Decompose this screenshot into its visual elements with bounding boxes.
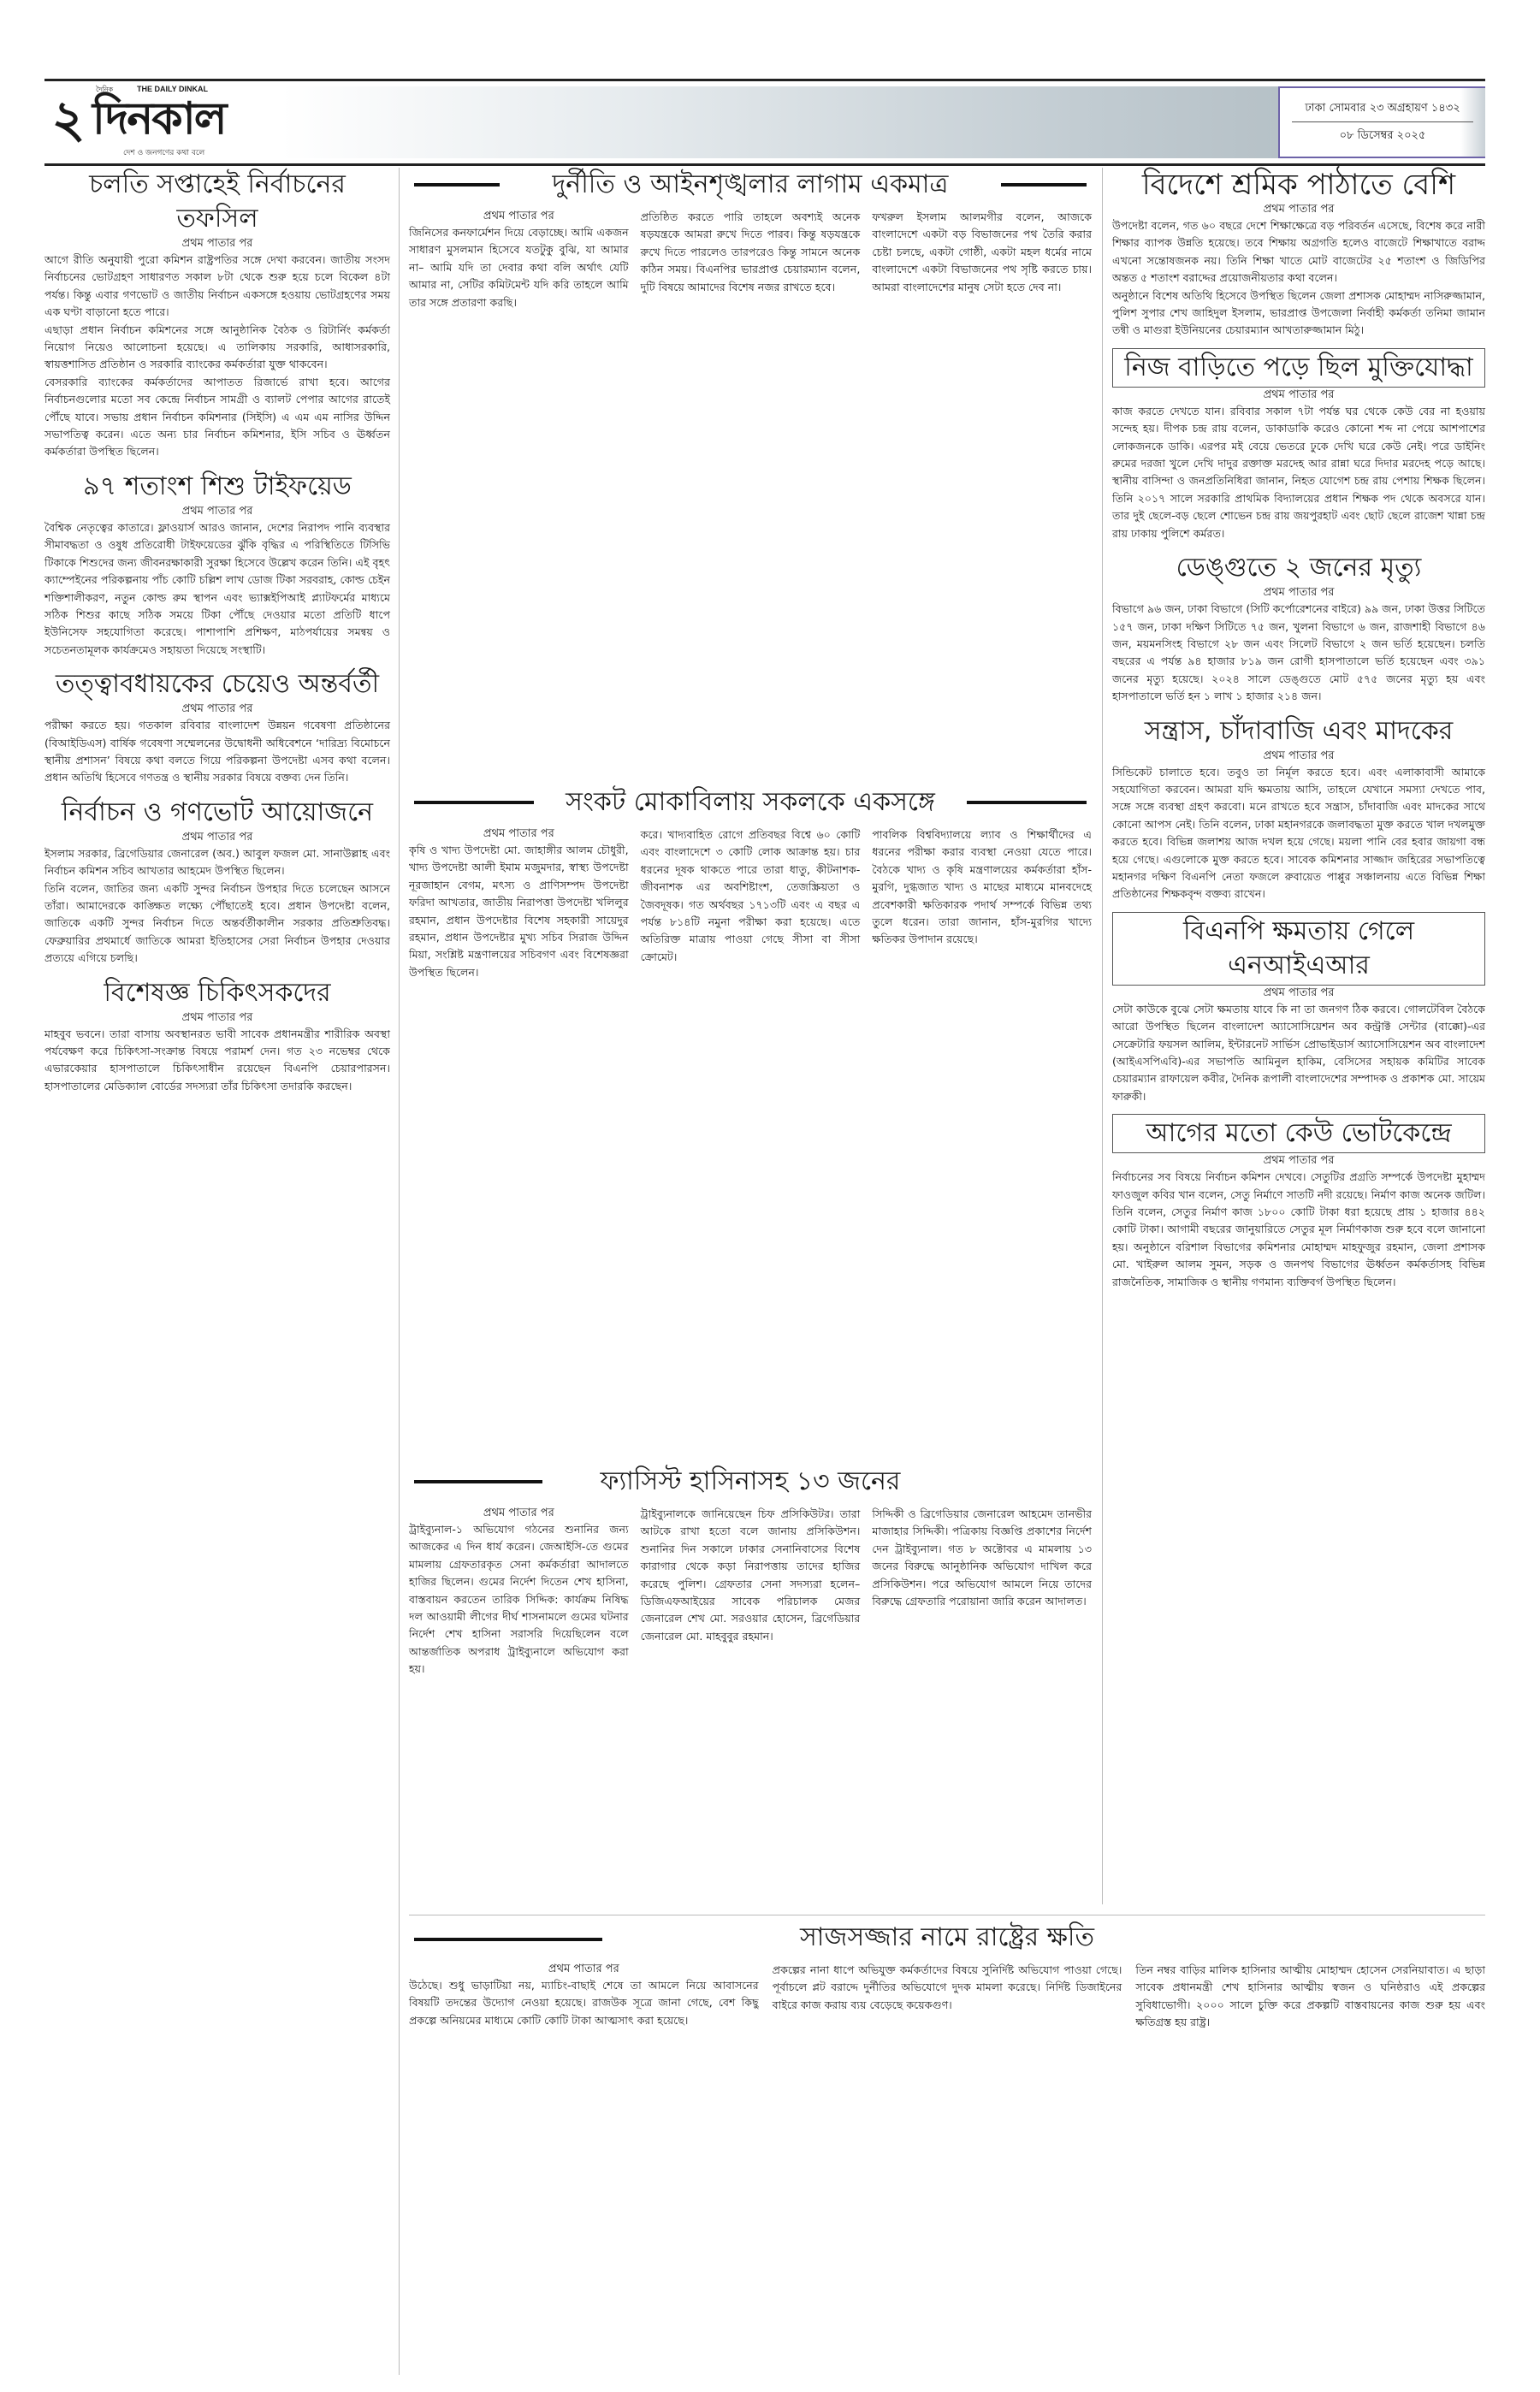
headline[interactable]: ফ্যাসিস্ট হাসিনাসহ ১৩ জনের (571, 1465, 930, 1499)
continued-label: প্রথম পাতার পর (409, 1962, 759, 1977)
masthead-gradient-bar (281, 86, 1278, 158)
continued-label: প্রথম পাতার পর (44, 236, 390, 252)
left-column: চলতি সপ্তাহেই নির্বাচনের তফসিল প্রথম পাত… (44, 168, 390, 1095)
article-paragraph: মাহবুব ভবনে। তারা বাসায় অবস্থানরত ভাবী … (44, 1026, 390, 1096)
article-paragraph: ট্রাইব্যুনালকে জানিয়েছেন চিফ প্রসিকিউটর… (641, 1506, 861, 1645)
continued-label: প্রথম পাতার পর (44, 1010, 390, 1026)
article-paragraph: সিদ্দিকী ও ব্রিগেডিয়ার জেনারেল আহমেদ তা… (872, 1506, 1092, 1610)
continued-label: প্রথম পাতার পর (44, 702, 390, 717)
article-paragraph: বেসরকারি ব্যাংকের কর্মকর্তাদের আপাতত রিজ… (44, 374, 390, 461)
article-column: ফখরুল ইসলাম আলমগীর বলেন, আজকে বাংলাদেশে … (872, 209, 1092, 311)
date-box: ঢাকা সোমবার ২৩ অগ্রহায়ণ ১৪৩২ ০৮ ডিসেম্ব… (1278, 86, 1485, 158)
english-name: THE DAILY DINKAL (137, 85, 208, 93)
headline[interactable]: নিজ বাড়িতে পড়ে ছিল মুক্তিযোদ্ধা (1112, 348, 1485, 388)
article-paragraph: কৃষি ও খাদ্য উপদেষ্টা মো. জাহাঙ্গীর আলম … (409, 842, 629, 981)
continued-label: প্রথম পাতার পর (44, 504, 390, 519)
continued-label: প্রথম পাতার পর (409, 209, 629, 224)
headline[interactable]: বিশেষজ্ঞ চিকিৎসকদের (44, 976, 390, 1010)
column-divider (1102, 168, 1103, 1904)
headline[interactable]: আগের মতো কেউ ভোটকেন্দ্রে (1112, 1114, 1485, 1153)
continued-label: প্রথম পাতার পর (409, 826, 629, 842)
headline[interactable]: ডেঙ্গুতে ২ জনের মৃত্যু (1112, 551, 1485, 585)
continued-label: প্রথম পাতার পর (44, 830, 390, 845)
article-column: ট্রাইব্যুনালকে জানিয়েছেন চিফ প্রসিকিউটর… (641, 1506, 861, 1679)
article-typhoid[interactable]: ৯৭ শতাংশ শিশু টাইফয়েড প্রথম পাতার পর বৈ… (44, 470, 390, 659)
article-election-schedule[interactable]: চলতি সপ্তাহেই নির্বাচনের তফসিল প্রথম পাত… (44, 168, 390, 461)
article-column: প্রকল্পের নানা ধাপে অভিযুক্ত কর্মকর্তাদে… (773, 1962, 1122, 2032)
article-freedom-fighter[interactable]: নিজ বাড়িতে পড়ে ছিল মুক্তিযোদ্ধা প্রথম … (1112, 348, 1485, 542)
continued-label: প্রথম পাতার পর (409, 1506, 629, 1521)
article-decoration[interactable]: সাজসজ্জার নামে রাষ্ট্রের ক্ষতি প্রথম পাত… (409, 1915, 1485, 2032)
continued-label: প্রথম পাতার পর (1112, 585, 1485, 601)
article-vote-center[interactable]: আগের মতো কেউ ভোটকেন্দ্রে প্রথম পাতার পর … (1112, 1114, 1485, 1291)
article-paragraph: পরীক্ষা করতে হয়। গতকাল রবিবার বাংলাদেশ … (44, 717, 390, 787)
article-paragraph: জিনিসের কনফার্মেশন দিয়ে বেড়াচ্ছে। আমি … (409, 224, 629, 311)
article-paragraph: তিন নম্বর বাড়ির মালিক হাসিনার আত্মীয় ম… (1135, 1962, 1485, 2032)
article-column: পাবলিক বিশ্ববিদ্যালয়ে ল্যাব ও শিক্ষার্থ… (872, 826, 1092, 981)
article-paragraph: অনুষ্ঠানে বিশেষ অতিথি হিসেবে উপস্থিত ছিল… (1112, 287, 1485, 340)
masthead: ২ দৈনিক THE DAILY DINKAL দিনকাল দেশ ও জন… (44, 79, 1485, 166)
article-column: প্রথম পাতার পর উঠেছে। শুধু ভাড়াটিয়া নয… (409, 1962, 759, 2032)
article-paragraph: আগে রীতি অনুযায়ী পুরো কমিশন রাষ্ট্রপতির… (44, 252, 390, 322)
article-crisis[interactable]: সংকট মোকাবিলায় সকলকে একসঙ্গে প্রথম পাতা… (409, 785, 1092, 981)
article-paragraph: নির্বাচনের সব বিষয়ে নির্বাচন কমিশন দেখব… (1112, 1169, 1485, 1291)
headline[interactable]: বিএনপি ক্ষমতায় গেলে এনআইএআর (1112, 912, 1485, 986)
article-bnp-nia[interactable]: বিএনপি ক্ষমতায় গেলে এনআইএআর প্রথম পাতার… (1112, 912, 1485, 1105)
headline-rule (1001, 183, 1087, 187)
article-paragraph: বৈশ্বিক নেতৃত্বের কাতারে। ফ্লাওয়ার্স আর… (44, 519, 390, 659)
date-gregorian: ০৮ ডিসেম্বর ২০২৫ (1340, 122, 1426, 151)
article-specialist-doctors[interactable]: বিশেষজ্ঞ চিকিৎসকদের প্রথম পাতার পর মাহবু… (44, 976, 390, 1096)
article-column: সিদ্দিকী ও ব্রিগেডিয়ার জেনারেল আহমেদ তা… (872, 1506, 1092, 1679)
article-corruption[interactable]: দুর্নীতি ও আইনশৃঙ্খলার লাগাম একমাত্র প্র… (409, 168, 1092, 311)
date-bangla: ঢাকা সোমবার ২৩ অগ্রহায়ণ ১৪৩২ (1292, 95, 1474, 122)
article-column: তিন নম্বর বাড়ির মালিক হাসিনার আত্মীয় ম… (1135, 1962, 1485, 2032)
article-paragraph: প্রতিষ্ঠিত করতে পারি তাহলে অবশ্যই অনেক ষ… (641, 209, 861, 296)
column-divider (399, 168, 400, 2375)
article-paragraph: এছাড়া প্রধান নির্বাচন কমিশনের সঙ্গে আনু… (44, 322, 390, 374)
article-workers-abroad[interactable]: বিদেশে শ্রমিক পাঠাতে বেশি প্রথম পাতার পর… (1112, 168, 1485, 340)
headline[interactable]: সংকট মোকাবিলায় সকলকে একসঙ্গে (545, 785, 956, 820)
headline[interactable]: সাজসজ্জার নামে রাষ্ট্রের ক্ষতি (767, 1921, 1127, 1955)
headline-rule (414, 1480, 542, 1483)
headline[interactable]: নির্বাচন ও গণভোট আয়োজনে (44, 796, 390, 830)
newspaper-page: ২ দৈনিক THE DAILY DINKAL দিনকাল দেশ ও জন… (44, 79, 1485, 166)
article-paragraph: সেটা কাউকে বুঝে সেটা ক্ষমতায় যাবে কি না… (1112, 1001, 1485, 1105)
article-paragraph: তিনি বলেন, জাতির জন্য একটি সুন্দর নির্বা… (44, 880, 390, 968)
headline[interactable]: তত্ত্বাবধায়কের চেয়েও অন্তর্বর্তী (44, 667, 390, 702)
headline[interactable]: সন্ত্রাস, চাঁদাবাজি এবং মাদকের (1112, 714, 1485, 749)
article-dengue[interactable]: ডেঙ্গুতে ২ জনের মৃত্যু প্রথম পাতার পর বি… (1112, 551, 1485, 705)
article-column: প্রথম পাতার পর কৃষি ও খাদ্য উপদেষ্টা মো.… (409, 826, 629, 981)
headline[interactable]: দুর্নীতি ও আইনশৃঙ্খলার লাগাম একমাত্র (511, 168, 990, 202)
headline[interactable]: বিদেশে শ্রমিক পাঠাতে বেশি (1112, 168, 1485, 202)
article-column: প্রথম পাতার পর জিনিসের কনফার্মেশন দিয়ে … (409, 209, 629, 311)
page-number: ২ (44, 81, 92, 163)
headline-rule (967, 801, 1087, 804)
continued-label: প্রথম পাতার পর (1112, 388, 1485, 403)
article-caretaker[interactable]: তত্ত্বাবধায়কের চেয়েও অন্তর্বর্তী প্রথম… (44, 667, 390, 787)
article-terror[interactable]: সন্ত্রাস, চাঁদাবাজি এবং মাদকের প্রথম পাত… (1112, 714, 1485, 903)
headline-rule (414, 801, 534, 804)
headline[interactable]: চলতি সপ্তাহেই নির্বাচনের তফসিল (44, 168, 390, 236)
article-paragraph: ফখরুল ইসলাম আলমগীর বলেন, আজকে বাংলাদেশে … (872, 209, 1092, 296)
newspaper-logo[interactable]: দৈনিক THE DAILY DINKAL দিনকাল দেশ ও জনগণ… (92, 81, 281, 163)
right-column: বিদেশে শ্রমিক পাঠাতে বেশি প্রথম পাতার পর… (1112, 168, 1485, 1291)
article-column: প্রতিষ্ঠিত করতে পারি তাহলে অবশ্যই অনেক ষ… (641, 209, 861, 311)
continued-label: প্রথম পাতার পর (1112, 749, 1485, 764)
continued-label: প্রথম পাতার পর (1112, 986, 1485, 1001)
article-paragraph: সিন্ডিকেট চালাতে হবে। তবুও তা নির্মূল কর… (1112, 764, 1485, 903)
article-paragraph: কাজ করতে দেখতে যান। রবিবার সকাল ৭টা পর্য… (1112, 403, 1485, 542)
headline-rule (414, 183, 500, 187)
article-paragraph: করে। খাদ্যবাহিত রোগে প্রতিবছর বিশ্বে ৬০ … (641, 826, 861, 966)
paper-name: দিনকাল (92, 93, 225, 145)
continued-label: প্রথম পাতার পর (1112, 1153, 1485, 1169)
article-column: প্রথম পাতার পর ট্রাইব্যুনাল-১ অভিযোগ গঠন… (409, 1506, 629, 1679)
article-election-referendum[interactable]: নির্বাচন ও গণভোট আয়োজনে প্রথম পাতার পর … (44, 796, 390, 968)
article-paragraph: প্রকল্পের নানা ধাপে অভিযুক্ত কর্মকর্তাদে… (773, 1962, 1122, 2014)
continued-label: প্রথম পাতার পর (1112, 202, 1485, 217)
headline[interactable]: ৯৭ শতাংশ শিশু টাইফয়েড (44, 470, 390, 504)
article-paragraph: পাবলিক বিশ্ববিদ্যালয়ে ল্যাব ও শিক্ষার্থ… (872, 826, 1092, 949)
article-fascist[interactable]: ফ্যাসিস্ট হাসিনাসহ ১৩ জনের প্রথম পাতার প… (409, 1465, 1092, 1679)
headline-rule (414, 1938, 602, 1941)
article-paragraph: বিভাগে ৯৬ জন, ঢাকা বিভাগে (সিটি কর্পোরেশ… (1112, 601, 1485, 705)
article-paragraph: ইসলাম সরকার, ব্রিগেডিয়ার জেনারেল (অব.) … (44, 845, 390, 880)
article-paragraph: উঠেছে। শুধু ভাড়াটিয়া নয়, ম্যাচিং-বাছা… (409, 1977, 759, 2029)
article-paragraph: উপদেষ্টা বলেন, গত ৬০ বছরে দেশে শিক্ষাক্ষ… (1112, 217, 1485, 287)
article-column: করে। খাদ্যবাহিত রোগে প্রতিবছর বিশ্বে ৬০ … (641, 826, 861, 981)
tagline: দেশ ও জনগণের কথা বলে (123, 146, 204, 159)
article-paragraph: ট্রাইব্যুনাল-১ অভিযোগ গঠনের শুনানির জন্য… (409, 1521, 629, 1679)
